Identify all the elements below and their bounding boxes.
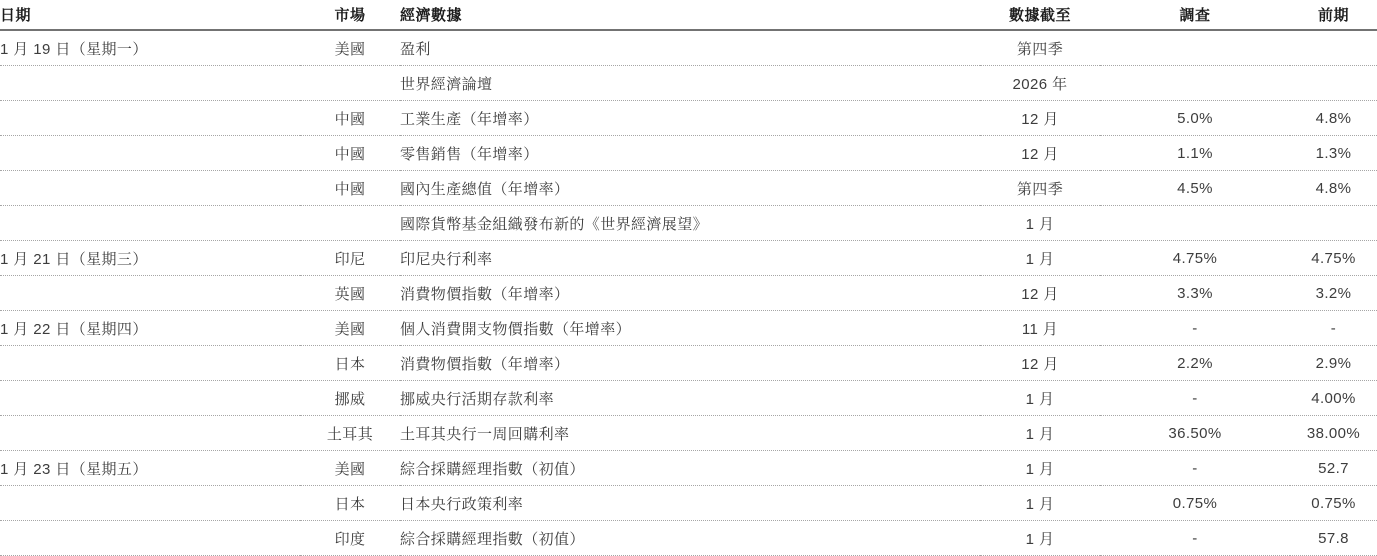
table-row: 中國 國內生產總值（年增率） 第四季 4.5% 4.8% (0, 171, 1377, 206)
indicator-cell: 盈利 (400, 30, 980, 66)
market-cell: 中國 (300, 171, 400, 206)
survey-cell (1100, 206, 1290, 241)
indicator-cell: 個人消費開支物價指數（年增率） (400, 311, 980, 346)
survey-cell (1100, 30, 1290, 66)
date-cell: 1 月 21 日（星期三） (0, 241, 300, 276)
date-cell (0, 206, 300, 241)
economic-calendar-table: 日期 市場 經濟數據 數據截至 調查 前期 1 月 19 日（星期一） 美國 盈… (0, 0, 1377, 556)
date-cell: 1 月 22 日（星期四） (0, 311, 300, 346)
prior-cell (1290, 206, 1377, 241)
table-row: 1 月 23 日（星期五） 美國 綜合採購經理指數（初值） 1 月 - 52.7 (0, 451, 1377, 486)
prior-cell: 3.2% (1290, 276, 1377, 311)
indicator-cell: 國內生產總值（年增率） (400, 171, 980, 206)
indicator-cell: 日本央行政策利率 (400, 486, 980, 521)
survey-cell: 3.3% (1100, 276, 1290, 311)
table-row: 日本 消費物價指數（年增率） 12 月 2.2% 2.9% (0, 346, 1377, 381)
table-header: 日期 市場 經濟數據 數據截至 調查 前期 (0, 0, 1377, 30)
table-row: 挪威 挪威央行活期存款利率 1 月 - 4.00% (0, 381, 1377, 416)
market-cell: 美國 (300, 311, 400, 346)
table-row: 印度 綜合採購經理指數（初值） 1 月 - 57.8 (0, 521, 1377, 556)
prior-cell: - (1290, 311, 1377, 346)
col-header-prior: 前期 (1290, 0, 1377, 30)
date-cell (0, 66, 300, 101)
period-cell: 1 月 (980, 486, 1100, 521)
survey-cell: - (1100, 521, 1290, 556)
date-cell (0, 101, 300, 136)
prior-cell: 38.00% (1290, 416, 1377, 451)
period-cell: 12 月 (980, 136, 1100, 171)
period-cell: 1 月 (980, 521, 1100, 556)
market-cell: 中國 (300, 136, 400, 171)
prior-cell: 4.00% (1290, 381, 1377, 416)
prior-cell: 4.8% (1290, 171, 1377, 206)
market-cell: 日本 (300, 346, 400, 381)
date-cell: 1 月 23 日（星期五） (0, 451, 300, 486)
period-cell: 12 月 (980, 276, 1100, 311)
table-row: 世界經濟論壇 2026 年 (0, 66, 1377, 101)
survey-cell: 5.0% (1100, 101, 1290, 136)
table-row: 土耳其 土耳其央行一周回購利率 1 月 36.50% 38.00% (0, 416, 1377, 451)
prior-cell: 1.3% (1290, 136, 1377, 171)
indicator-cell: 印尼央行利率 (400, 241, 980, 276)
table-row: 1 月 21 日（星期三） 印尼 印尼央行利率 1 月 4.75% 4.75% (0, 241, 1377, 276)
date-cell (0, 276, 300, 311)
col-header-date: 日期 (0, 0, 300, 30)
col-header-period: 數據截至 (980, 0, 1100, 30)
prior-cell: 4.8% (1290, 101, 1377, 136)
market-cell: 印度 (300, 521, 400, 556)
table-row: 1 月 22 日（星期四） 美國 個人消費開支物價指數（年增率） 11 月 - … (0, 311, 1377, 346)
table-row: 英國 消費物價指數（年增率） 12 月 3.3% 3.2% (0, 276, 1377, 311)
indicator-cell: 消費物價指數（年增率） (400, 276, 980, 311)
date-cell: 1 月 19 日（星期一） (0, 30, 300, 66)
survey-cell: - (1100, 311, 1290, 346)
date-cell (0, 416, 300, 451)
indicator-cell: 消費物價指數（年增率） (400, 346, 980, 381)
survey-cell: 4.75% (1100, 241, 1290, 276)
indicator-cell: 綜合採購經理指數（初值） (400, 451, 980, 486)
survey-cell: 0.75% (1100, 486, 1290, 521)
period-cell: 1 月 (980, 451, 1100, 486)
period-cell: 1 月 (980, 206, 1100, 241)
prior-cell: 0.75% (1290, 486, 1377, 521)
market-cell: 土耳其 (300, 416, 400, 451)
survey-cell: 4.5% (1100, 171, 1290, 206)
date-cell (0, 171, 300, 206)
col-header-indicator: 經濟數據 (400, 0, 980, 30)
market-cell: 英國 (300, 276, 400, 311)
market-cell: 美國 (300, 30, 400, 66)
indicator-cell: 國際貨幣基金組織發布新的《世界經濟展望》 (400, 206, 980, 241)
header-row: 日期 市場 經濟數據 數據截至 調查 前期 (0, 0, 1377, 30)
table-row: 中國 零售銷售（年增率） 12 月 1.1% 1.3% (0, 136, 1377, 171)
survey-cell: 2.2% (1100, 346, 1290, 381)
table-row: 國際貨幣基金組織發布新的《世界經濟展望》 1 月 (0, 206, 1377, 241)
table-row: 1 月 19 日（星期一） 美國 盈利 第四季 (0, 30, 1377, 66)
market-cell: 日本 (300, 486, 400, 521)
market-cell: 美國 (300, 451, 400, 486)
market-cell: 中國 (300, 101, 400, 136)
indicator-cell: 世界經濟論壇 (400, 66, 980, 101)
survey-cell: 1.1% (1100, 136, 1290, 171)
period-cell: 1 月 (980, 416, 1100, 451)
period-cell: 1 月 (980, 241, 1100, 276)
survey-cell: 36.50% (1100, 416, 1290, 451)
col-header-survey: 調查 (1100, 0, 1290, 30)
period-cell: 1 月 (980, 381, 1100, 416)
prior-cell: 2.9% (1290, 346, 1377, 381)
survey-cell: - (1100, 381, 1290, 416)
indicator-cell: 零售銷售（年增率） (400, 136, 980, 171)
table-body: 1 月 19 日（星期一） 美國 盈利 第四季 世界經濟論壇 2026 年 中國… (0, 30, 1377, 556)
date-cell (0, 136, 300, 171)
survey-cell: - (1100, 451, 1290, 486)
table-row: 中國 工業生產（年增率） 12 月 5.0% 4.8% (0, 101, 1377, 136)
indicator-cell: 綜合採購經理指數（初值） (400, 521, 980, 556)
market-cell (300, 66, 400, 101)
survey-cell (1100, 66, 1290, 101)
period-cell: 第四季 (980, 171, 1100, 206)
market-cell (300, 206, 400, 241)
indicator-cell: 土耳其央行一周回購利率 (400, 416, 980, 451)
period-cell: 第四季 (980, 30, 1100, 66)
period-cell: 12 月 (980, 346, 1100, 381)
period-cell: 12 月 (980, 101, 1100, 136)
market-cell: 挪威 (300, 381, 400, 416)
date-cell (0, 346, 300, 381)
indicator-cell: 工業生產（年增率） (400, 101, 980, 136)
prior-cell: 4.75% (1290, 241, 1377, 276)
col-header-market: 市場 (300, 0, 400, 30)
prior-cell (1290, 30, 1377, 66)
prior-cell: 52.7 (1290, 451, 1377, 486)
period-cell: 11 月 (980, 311, 1100, 346)
date-cell (0, 521, 300, 556)
date-cell (0, 381, 300, 416)
table-row: 日本 日本央行政策利率 1 月 0.75% 0.75% (0, 486, 1377, 521)
indicator-cell: 挪威央行活期存款利率 (400, 381, 980, 416)
period-cell: 2026 年 (980, 66, 1100, 101)
date-cell (0, 486, 300, 521)
market-cell: 印尼 (300, 241, 400, 276)
prior-cell (1290, 66, 1377, 101)
prior-cell: 57.8 (1290, 521, 1377, 556)
